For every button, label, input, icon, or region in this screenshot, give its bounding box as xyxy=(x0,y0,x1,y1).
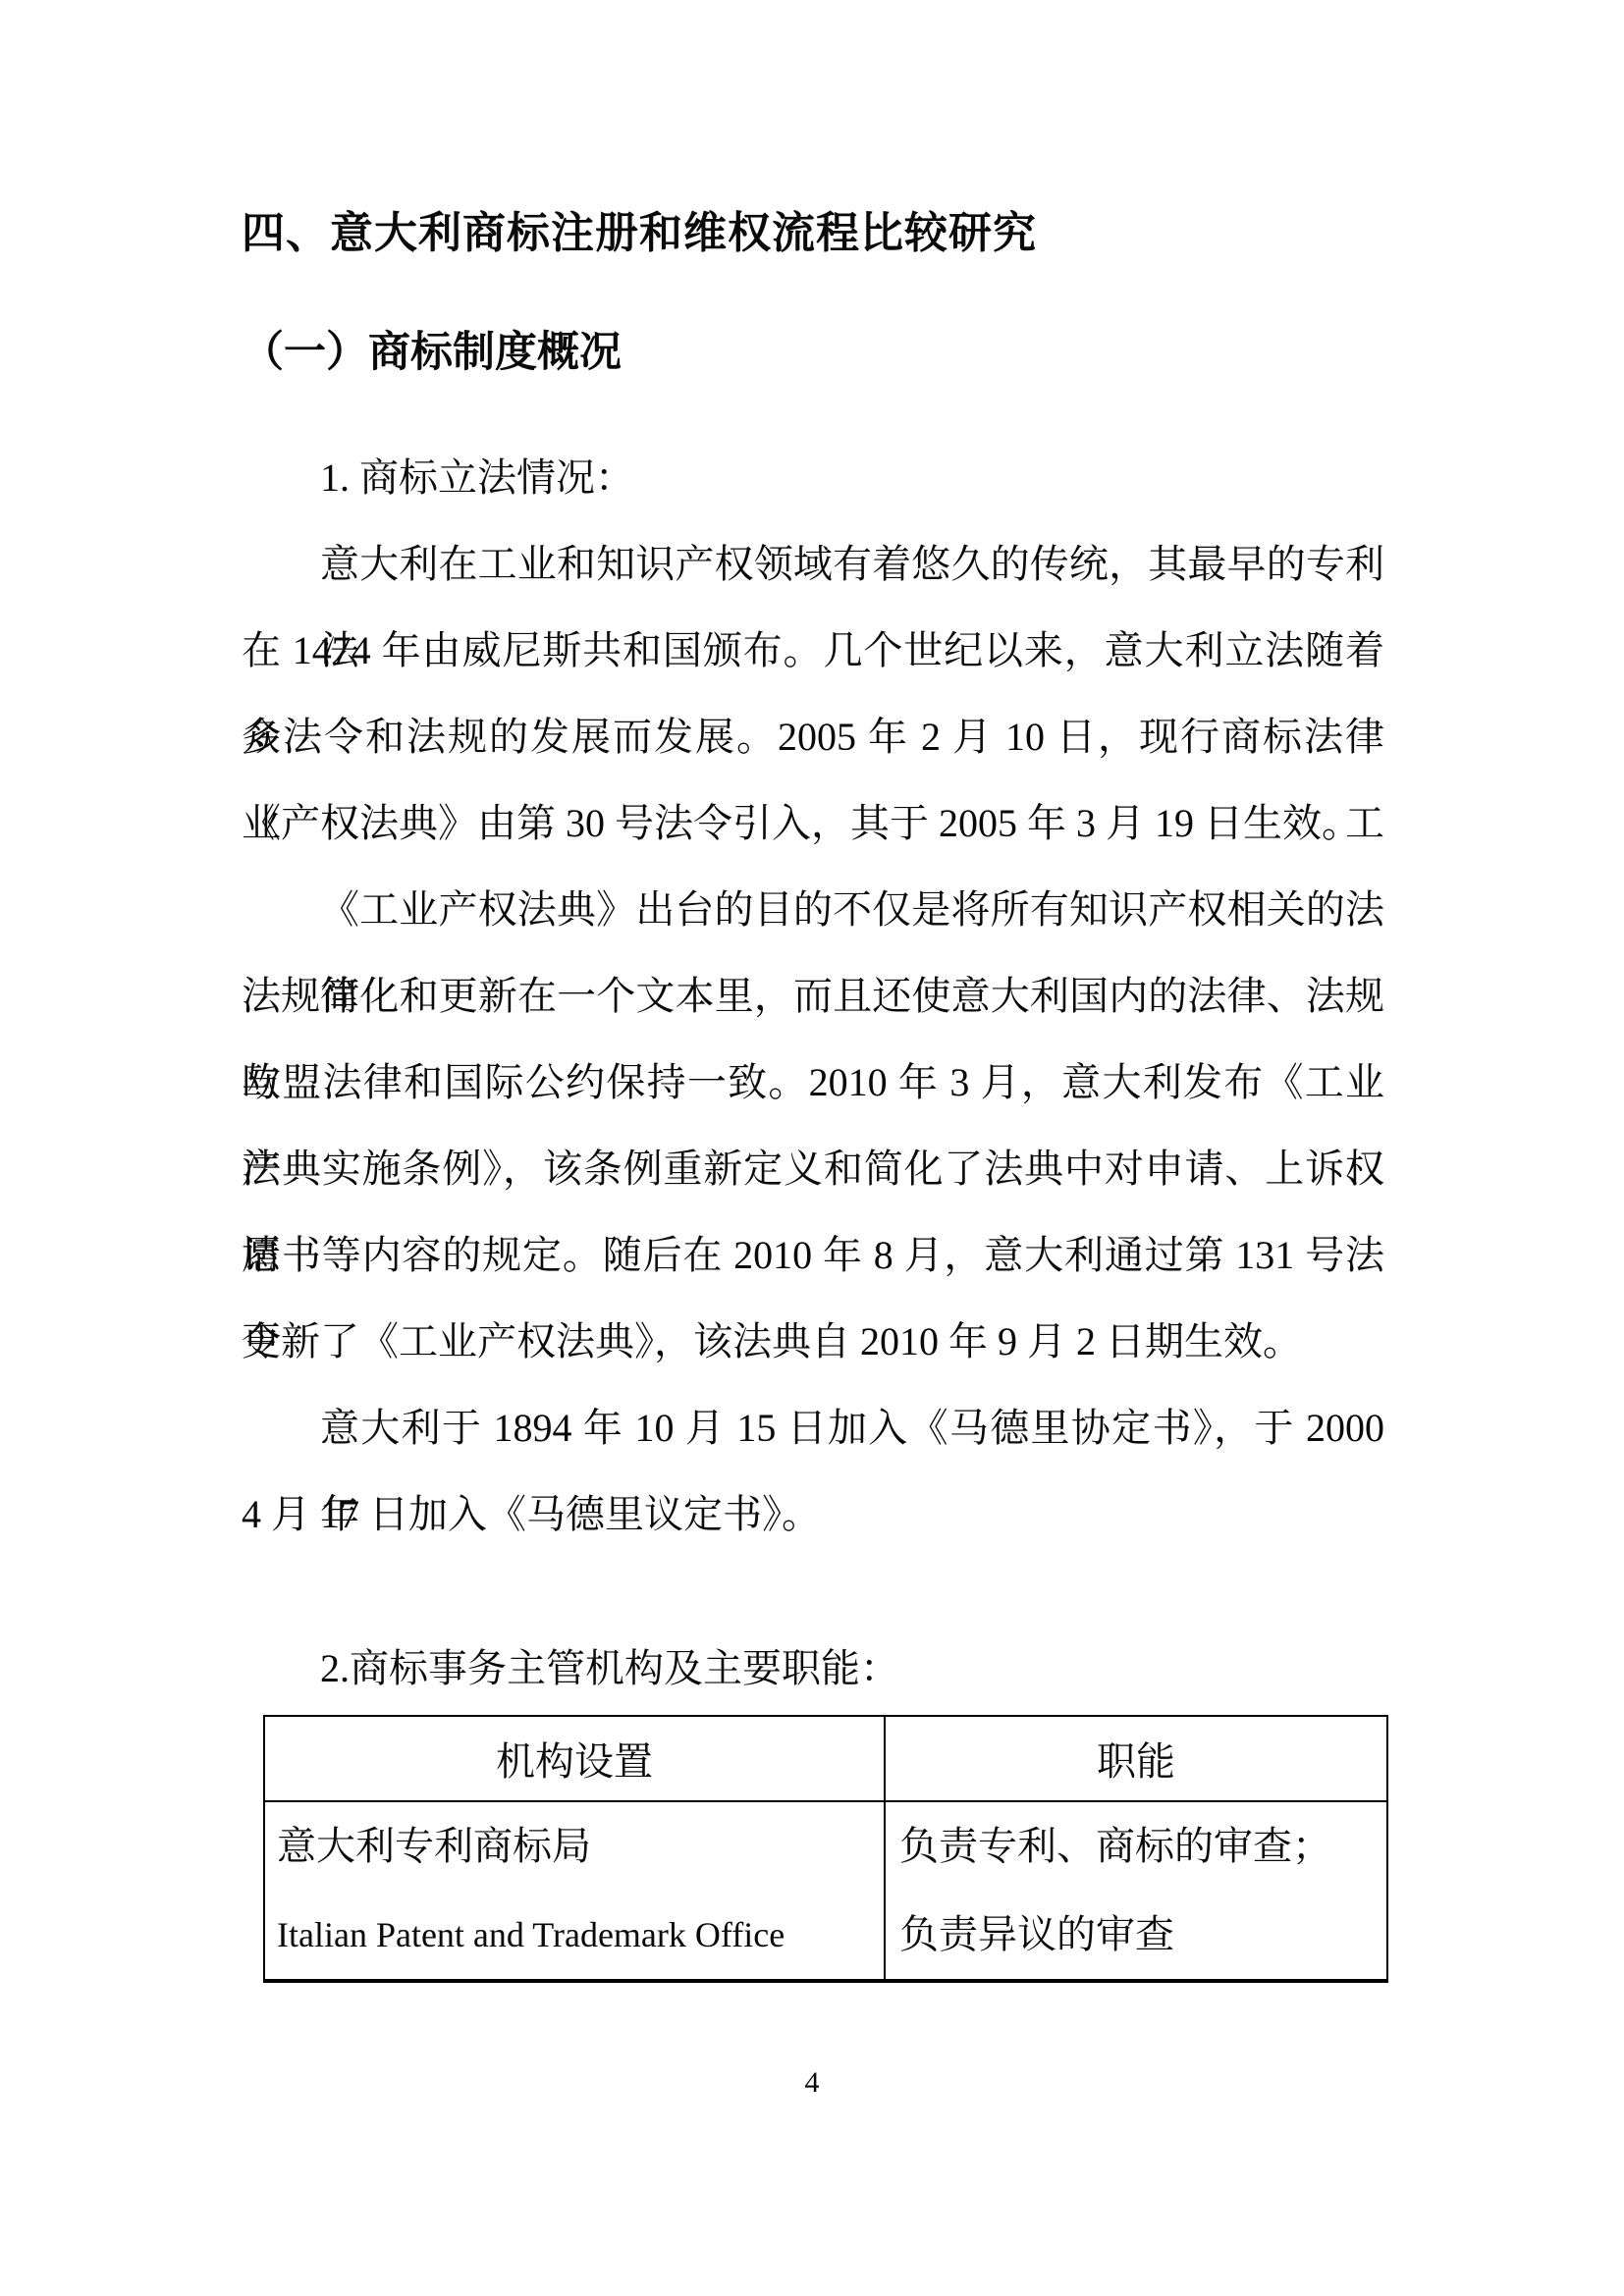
paragraph-3-line: 4 月 17 日加入《马德里议定书》。 xyxy=(242,1471,1384,1558)
paragraph-1-line: 在 1474 年由威尼斯共和国颁布。几个世纪以来，意大利立法随着众 xyxy=(242,608,1384,694)
function-cell: 负责专利、商标的审查； 负责异议的审查 xyxy=(885,1801,1387,1981)
subsection-2-heading: 2.商标事务主管机构及主要职能： xyxy=(242,1626,1463,1712)
section-heading: （一）商标制度概况 xyxy=(242,324,1384,383)
table-row: 意大利专利商标局 Italian Patent and Trademark Of… xyxy=(264,1801,1387,1981)
agencies-table: 机构设置 职能 意大利专利商标局 Italian Patent and Trad… xyxy=(263,1715,1388,1983)
paragraph-1-line: 意大利在工业和知识产权领域有着悠久的传统，其最早的专利法 xyxy=(242,521,1384,608)
body-text: 1. 商标立法情况： 意大利在工业和知识产权领域有着悠久的传统，其最早的专利法 … xyxy=(242,435,1384,1558)
page-number: 4 xyxy=(0,2063,1624,2103)
function-line: 负责专利、商标的审查； xyxy=(886,1802,1386,1891)
table-header-row: 机构设置 职能 xyxy=(264,1716,1387,1801)
paragraph-1-line: 业产权法典》由第 30 号法令引入，其于 2005 年 3 月 19 日生效。 xyxy=(242,780,1384,867)
paragraph-3-line: 意大利于 1894 年 10 月 15 日加入《马德里协定书》，于 2000 年 xyxy=(242,1385,1384,1471)
paragraph-2-line: 法规简化和更新在一个文本里，而且还使意大利国内的法律、法规与 xyxy=(242,953,1384,1040)
paragraph-2-line: 《工业产权法典》出台的目的不仅是将所有知识产权相关的法律 xyxy=(242,867,1384,953)
paragraph-2-line: 更新了《工业产权法典》，该法典自 2010 年 9 月 2 日期生效。 xyxy=(242,1299,1384,1385)
paragraph-1-line: 多法令和法规的发展而发展。2005 年 2 月 10 日，现行商标法律《工 xyxy=(242,694,1384,780)
institution-cell: 意大利专利商标局 Italian Patent and Trademark Of… xyxy=(264,1801,885,1981)
subsection-1-heading: 1. 商标立法情况： xyxy=(242,435,1384,521)
document-page: 四、意大利商标注册和维权流程比较研究 （一）商标制度概况 1. 商标立法情况： … xyxy=(0,0,1624,2296)
paragraph-2-line: 法典实施条例》，该条例重新定义和简化了法典中对申请、上诉、请 xyxy=(242,1126,1384,1212)
institution-name-en: Italian Patent and Trademark Office xyxy=(265,1891,884,1979)
paragraph-2-line: 愿书等内容的规定。随后在 2010 年 8 月，意大利通过第 131 号法令 xyxy=(242,1212,1384,1299)
table-header-institution: 机构设置 xyxy=(264,1716,885,1801)
institution-name-zh: 意大利专利商标局 xyxy=(265,1802,884,1891)
main-title: 四、意大利商标注册和维权流程比较研究 xyxy=(242,204,1384,263)
table-header-function: 职能 xyxy=(885,1716,1387,1801)
function-line: 负责异议的审查 xyxy=(886,1891,1386,1979)
paragraph-2-line: 欧盟法律和国际公约保持一致。2010 年 3 月，意大利发布《工业产权 xyxy=(242,1040,1384,1126)
